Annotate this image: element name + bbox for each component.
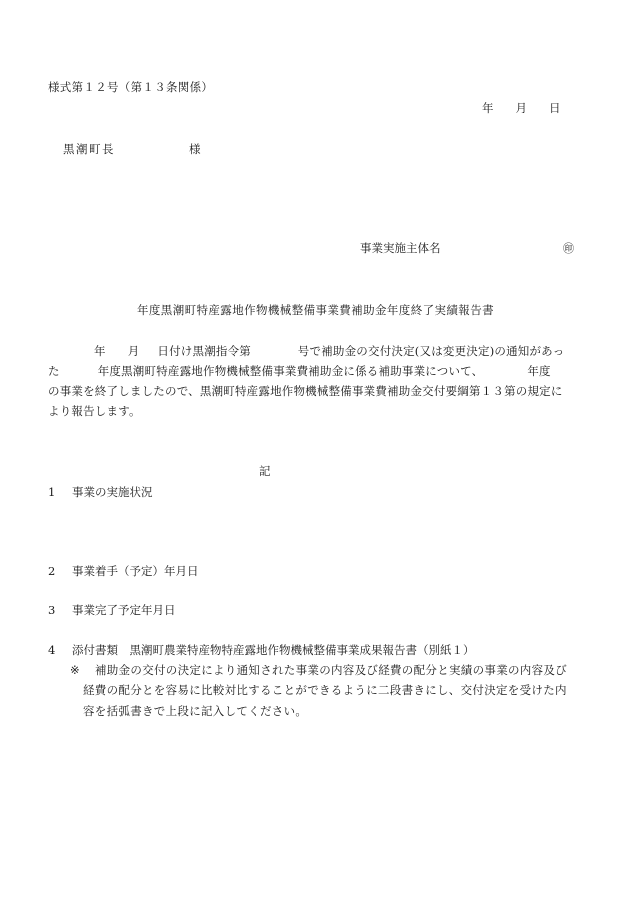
note-line-3: 容を括弧書きで上段に記入してください。 bbox=[83, 706, 307, 718]
date-day-label: 日 bbox=[549, 103, 561, 115]
date-line: 年月日 bbox=[482, 103, 561, 115]
body-line-2-mid: 年度黒潮町特産露地作物機械整備事業費補助金に係る補助事業について、 bbox=[98, 364, 484, 378]
addressee-honorific: 様 bbox=[189, 144, 201, 156]
note-line-2: 経費の配分とを容易に比較対比することができるように二段書きにし、交付決定を受けた… bbox=[83, 685, 567, 697]
item-2-number: 2 bbox=[48, 566, 55, 578]
note-line-1: 補助金の交付の決定により通知された事業の内容及び経費の配分と実績の事業の内容及び bbox=[95, 665, 567, 677]
body-month-label: 月 bbox=[128, 344, 140, 358]
body-year-label: 年 bbox=[94, 344, 106, 358]
seal-icon: ㊞ bbox=[563, 243, 574, 254]
item-4-text: 添付書類 黒潮町農業特産物特産露地作物機械整備事業成果報告書（別紙１） bbox=[72, 645, 475, 657]
item-3-text: 事業完了予定年月日 bbox=[72, 605, 176, 617]
body-line-1-text: 日付け黒潮指令第 号で補助金の交付決定(又は変更決定)の通知があっ bbox=[157, 344, 564, 358]
item-1-text: 事業の実施状況 bbox=[72, 487, 153, 499]
body-line-2: た年度黒潮町特産露地作物機械整備事業費補助金に係る補助事業について、年度 bbox=[48, 366, 551, 378]
item-4-number: 4 bbox=[48, 645, 55, 657]
document-title: 年度黒潮町特産露地作物機械整備事業費補助金年度終了実績報告書 bbox=[137, 305, 494, 317]
body-line-4: より報告します。 bbox=[48, 406, 141, 418]
item-1-number: 1 bbox=[48, 487, 55, 499]
date-year-label: 年 bbox=[482, 103, 494, 115]
date-month-label: 月 bbox=[516, 103, 528, 115]
form-number: 様式第１２号（第１３条関係） bbox=[48, 82, 213, 94]
body-line-2-end: 年度 bbox=[527, 364, 550, 378]
ki-heading: 記 bbox=[259, 466, 271, 478]
addressee-name: 黒潮町長 bbox=[63, 144, 115, 156]
applicant-name-label: 事業実施主体名 bbox=[360, 243, 441, 255]
body-line-2-start: た bbox=[48, 364, 60, 378]
body-line-1: 年月日付け黒潮指令第 号で補助金の交付決定(又は変更決定)の通知があっ bbox=[48, 346, 564, 358]
note-mark: ※ bbox=[70, 665, 80, 677]
item-2-text: 事業着手（予定）年月日 bbox=[72, 566, 199, 578]
body-line-3: の事業を終了しましたので、黒潮町特産露地作物機械整備事業費補助金交付要綱第１３第… bbox=[48, 386, 563, 398]
item-3-number: 3 bbox=[48, 605, 55, 617]
